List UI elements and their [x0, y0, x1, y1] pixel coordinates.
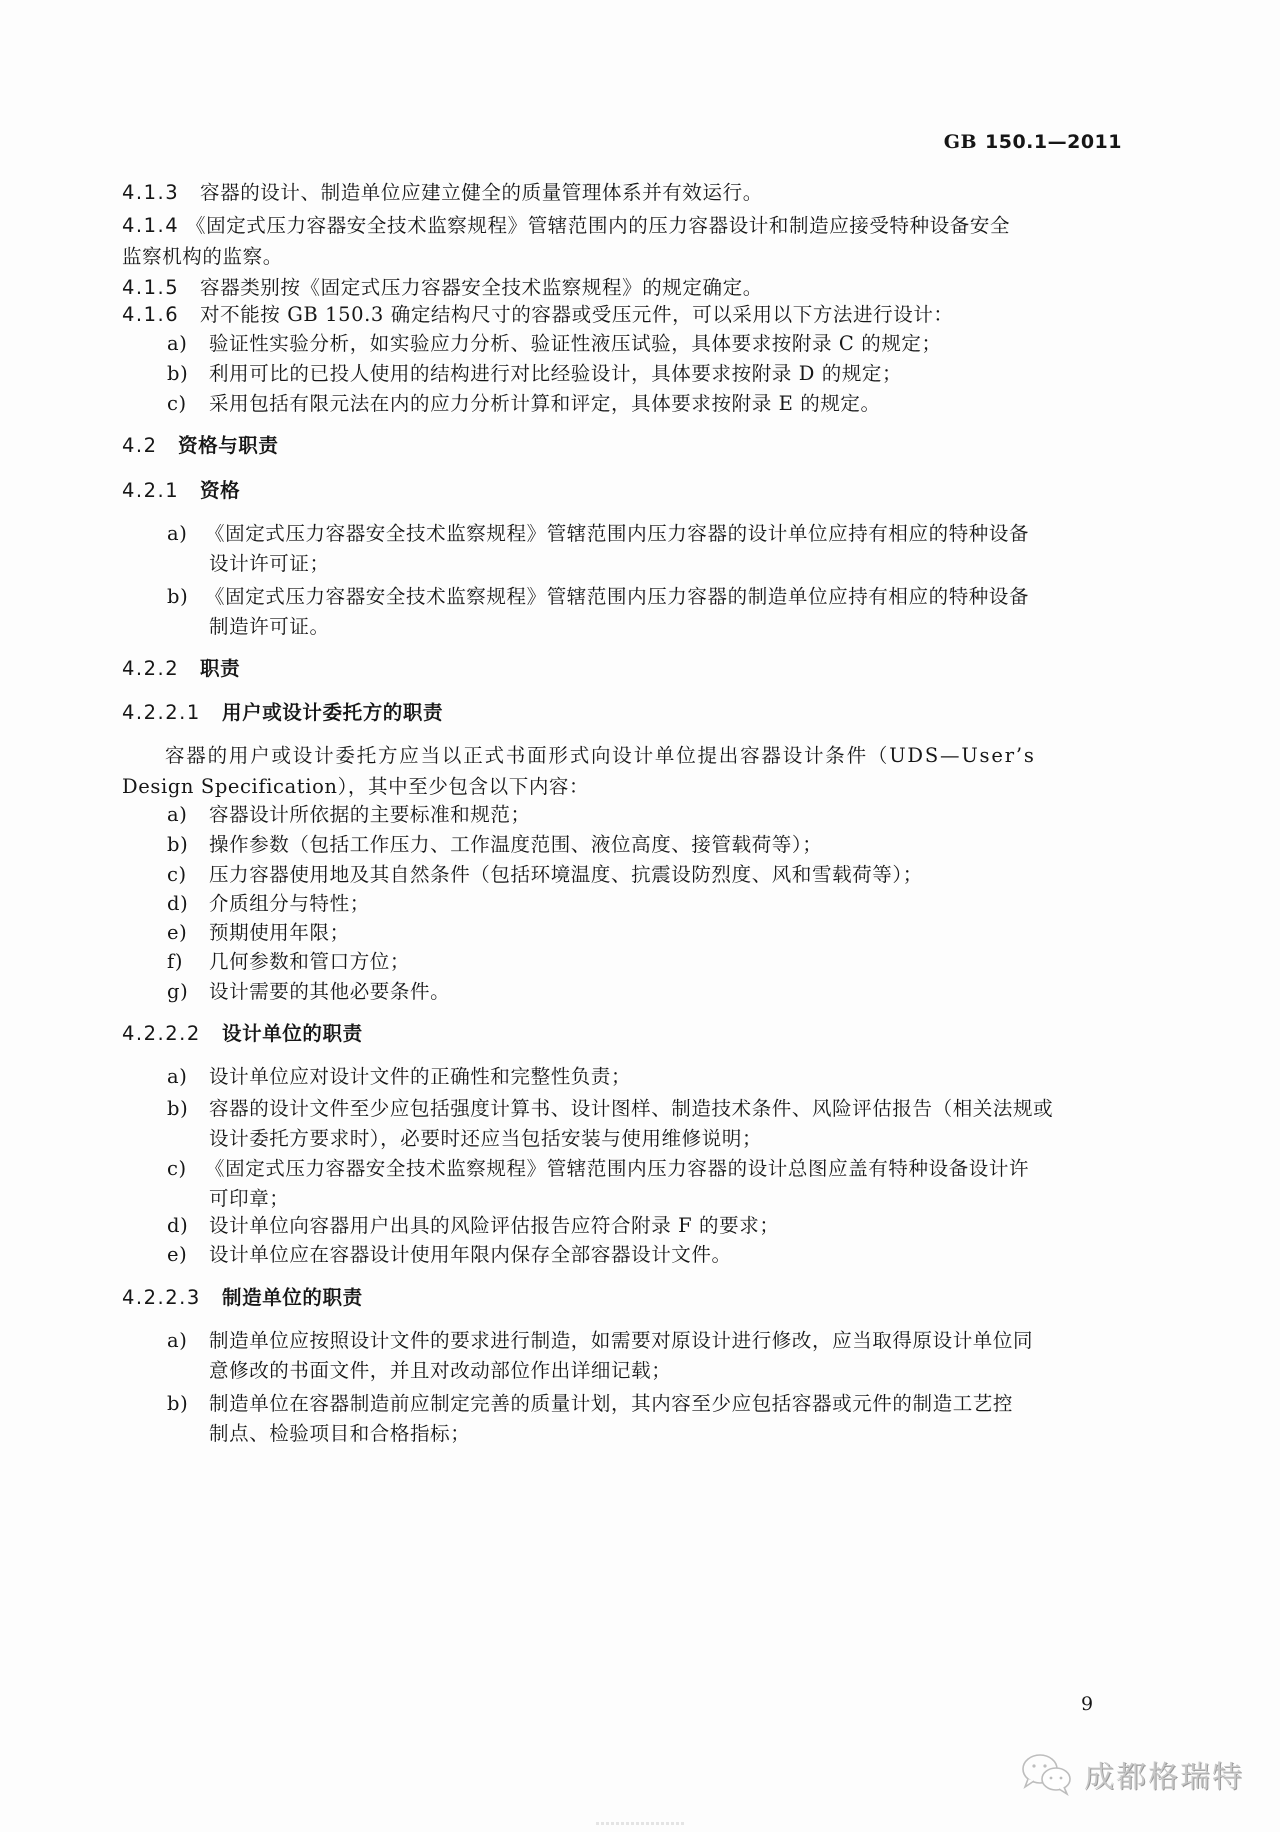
list-item: d)介质组分与特性； [167, 892, 370, 916]
list-marker: a) [167, 803, 209, 827]
section-number: 4.2.2 [122, 657, 200, 681]
list-marker: b) [167, 1097, 209, 1121]
clause-4-1-4: 4.1.4《固定式压力容器安全技术监察规程》管辖范围内的压力容器设计和制造应接受… [122, 214, 1010, 238]
list-item: d)设计单位向容器用户出具的风险评估报告应符合附录 F 的要求； [167, 1214, 779, 1238]
list-marker: e) [167, 1243, 209, 1267]
list-item-text: 几何参数和管口方位； [209, 950, 410, 973]
section-heading-4-2-2: 4.2.2职责 [122, 657, 240, 681]
clause-number: 4.1.4 [122, 214, 186, 238]
clause-4-1-3: 4.1.3容器的设计、制造单位应建立健全的质量管理体系并有效运行。 [122, 181, 763, 205]
list-marker: b) [167, 1392, 209, 1416]
list-item: e)预期使用年限； [167, 921, 350, 945]
section-heading-4-2-2-3: 4.2.2.3制造单位的职责 [122, 1286, 363, 1310]
list-item-text: 压力容器使用地及其自然条件（包括环境温度、抗震设防烈度、风和雪载荷等）； [209, 863, 923, 886]
list-item: b)《固定式压力容器安全技术监察规程》管辖范围内压力容器的制造单位应持有相应的特… [167, 585, 1029, 609]
list-item: c)采用包括有限元法在内的应力分析计算和评定，具体要求按附录 E 的规定。 [167, 392, 881, 416]
section-heading-4-2-2-2: 4.2.2.2设计单位的职责 [122, 1022, 363, 1046]
section-heading-4-2: 4.2资格与职责 [122, 434, 279, 458]
faint-web-watermark [596, 1822, 686, 1825]
section-number: 4.2.1 [122, 479, 200, 503]
section-number: 4.2.2.2 [122, 1022, 222, 1046]
watermark: 成都格瑞特 [1020, 1752, 1244, 1796]
list-item-text: 容器的设计文件至少应包括强度计算书、设计图样、制造技术条件、风险评估报告（相关法… [209, 1097, 1053, 1120]
list-item: b)制造单位在容器制造前应制定完善的质量计划，其内容至少应包括容器或元件的制造工… [167, 1392, 1013, 1416]
list-item: b)操作参数（包括工作压力、工作温度范围、液位高度、接管载荷等）； [167, 833, 822, 857]
watermark-text: 成都格瑞特 [1084, 1752, 1244, 1796]
list-marker: d) [167, 1214, 209, 1238]
list-item-text: 设计单位应对设计文件的正确性和完整性负责； [209, 1065, 631, 1088]
list-marker: d) [167, 892, 209, 916]
list-item-text: 《固定式压力容器安全技术监察规程》管辖范围内压力容器的设计单位应持有相应的特种设… [205, 522, 1029, 545]
list-marker: b) [167, 585, 205, 609]
list-item-text: 《固定式压力容器安全技术监察规程》管辖范围内压力容器的设计总图应盖有特种设备设计… [205, 1157, 1029, 1180]
list-item-continuation: 可印章； [209, 1187, 289, 1211]
list-item: b)利用可比的已投人使用的结构进行对比经验设计，具体要求按附录 D 的规定； [167, 362, 902, 386]
list-item-text: 预期使用年限； [209, 921, 350, 944]
list-item-text: 设计单位应在容器设计使用年限内保存全部容器设计文件。 [209, 1243, 732, 1266]
clause-4-1-4-continuation: 监察机构的监察。 [122, 245, 283, 269]
section-title: 制造单位的职责 [222, 1286, 363, 1309]
list-marker: b) [167, 833, 209, 857]
list-item-text: 操作参数（包括工作压力、工作温度范围、液位高度、接管载荷等）； [209, 833, 822, 856]
list-item: c)《固定式压力容器安全技术监察规程》管辖范围内压力容器的设计总图应盖有特种设备… [167, 1157, 1029, 1181]
list-item-text: 《固定式压力容器安全技术监察规程》管辖范围内压力容器的制造单位应持有相应的特种设… [205, 585, 1029, 608]
list-marker: a) [167, 1329, 209, 1353]
list-marker: c) [167, 392, 209, 416]
section-title: 职责 [200, 657, 240, 680]
clause-text: 《固定式压力容器安全技术监察规程》管辖范围内的压力容器设计和制造应接受特种设备安… [186, 214, 1010, 237]
page-number: 9 [1081, 1693, 1093, 1715]
list-item-continuation: 意修改的书面文件，并且对改动部位作出详细记载； [209, 1359, 671, 1383]
section-title: 资格 [200, 479, 240, 502]
section-number: 4.2.2.1 [122, 701, 222, 725]
list-item: e)设计单位应在容器设计使用年限内保存全部容器设计文件。 [167, 1243, 732, 1267]
list-marker: f) [167, 950, 209, 974]
section-number: 4.2 [122, 434, 178, 458]
section-heading-4-2-2-1: 4.2.2.1用户或设计委托方的职责 [122, 701, 443, 725]
section-title: 资格与职责 [178, 434, 279, 457]
list-item: c)压力容器使用地及其自然条件（包括环境温度、抗震设防烈度、风和雪载荷等）； [167, 863, 923, 887]
list-item-text: 利用可比的已投人使用的结构进行对比经验设计，具体要求按附录 D 的规定； [209, 362, 902, 385]
list-item: a)验证性实验分析，如实验应力分析、验证性液压试验，具体要求按附录 C 的规定； [167, 332, 942, 356]
body-paragraph-continuation: Design Specification），其中至少包含以下内容： [122, 775, 589, 799]
wechat-icon [1020, 1752, 1076, 1796]
list-marker: b) [167, 362, 209, 386]
list-marker: c) [167, 863, 209, 887]
clause-number: 4.1.6 [122, 303, 200, 327]
list-item: a)制造单位应按照设计文件的要求进行制造，如需要对原设计进行修改，应当取得原设计… [167, 1329, 1033, 1353]
list-marker: e) [167, 921, 209, 945]
list-item-text: 介质组分与特性； [209, 892, 370, 915]
clause-4-1-5: 4.1.5容器类别按《固定式压力容器安全技术监察规程》的规定确定。 [122, 276, 763, 300]
body-paragraph: 容器的用户或设计委托方应当以正式书面形式向设计单位提出容器设计条件（UDS—Us… [165, 744, 1036, 768]
list-item: a)容器设计所依据的主要标准和规范； [167, 803, 531, 827]
list-item: f)几何参数和管口方位； [167, 950, 410, 974]
standard-code-header: GB150.1—2011 [944, 131, 1122, 153]
section-heading-4-2-1: 4.2.1资格 [122, 479, 240, 503]
clause-text: 容器的设计、制造单位应建立健全的质量管理体系并有效运行。 [200, 181, 763, 204]
list-marker: a) [167, 332, 209, 356]
standard-code-prefix: GB [944, 131, 977, 153]
list-item: a)设计单位应对设计文件的正确性和完整性负责； [167, 1065, 631, 1089]
list-item-text: 验证性实验分析，如实验应力分析、验证性液压试验，具体要求按附录 C 的规定； [209, 332, 942, 355]
list-item-text: 制造单位应按照设计文件的要求进行制造，如需要对原设计进行修改，应当取得原设计单位… [209, 1329, 1033, 1352]
list-marker: c) [167, 1157, 205, 1181]
clause-number: 4.1.5 [122, 276, 200, 300]
list-item-text: 容器设计所依据的主要标准和规范； [209, 803, 531, 826]
list-item-text: 采用包括有限元法在内的应力分析计算和评定，具体要求按附录 E 的规定。 [209, 392, 881, 415]
list-item-continuation: 设计许可证； [209, 552, 330, 576]
list-item-continuation: 设计委托方要求时），必要时还应当包括安装与使用维修说明； [209, 1127, 762, 1151]
list-item: a)《固定式压力容器安全技术监察规程》管辖范围内压力容器的设计单位应持有相应的特… [167, 522, 1029, 546]
section-title: 设计单位的职责 [222, 1022, 363, 1045]
clause-number: 4.1.3 [122, 181, 200, 205]
clause-4-1-6: 4.1.6对不能按 GB 150.3 确定结构尺寸的容器或受压元件，可以采用以下… [122, 303, 954, 327]
section-number: 4.2.2.3 [122, 1286, 222, 1310]
section-title: 用户或设计委托方的职责 [222, 701, 443, 724]
list-item-text: 制造单位在容器制造前应制定完善的质量计划，其内容至少应包括容器或元件的制造工艺控 [209, 1392, 1013, 1415]
list-item-continuation: 制造许可证。 [209, 615, 330, 639]
clause-text: 容器类别按《固定式压力容器安全技术监察规程》的规定确定。 [200, 276, 763, 299]
list-item-text: 设计单位向容器用户出具的风险评估报告应符合附录 F 的要求； [209, 1214, 779, 1237]
list-item: g)设计需要的其他必要条件。 [167, 980, 450, 1004]
document-page: GB150.1—2011 4.1.3容器的设计、制造单位应建立健全的质量管理体系… [0, 0, 1280, 1832]
list-item: b)容器的设计文件至少应包括强度计算书、设计图样、制造技术条件、风险评估报告（相… [167, 1097, 1053, 1121]
list-marker: g) [167, 980, 209, 1004]
standard-code-number: 150.1—2011 [985, 131, 1122, 153]
list-item-text: 设计需要的其他必要条件。 [209, 980, 450, 1003]
list-marker: a) [167, 1065, 209, 1089]
clause-text: 对不能按 GB 150.3 确定结构尺寸的容器或受压元件，可以采用以下方法进行设… [200, 303, 954, 326]
list-marker: a) [167, 522, 205, 546]
list-item-continuation: 制点、检验项目和合格指标； [209, 1422, 470, 1446]
